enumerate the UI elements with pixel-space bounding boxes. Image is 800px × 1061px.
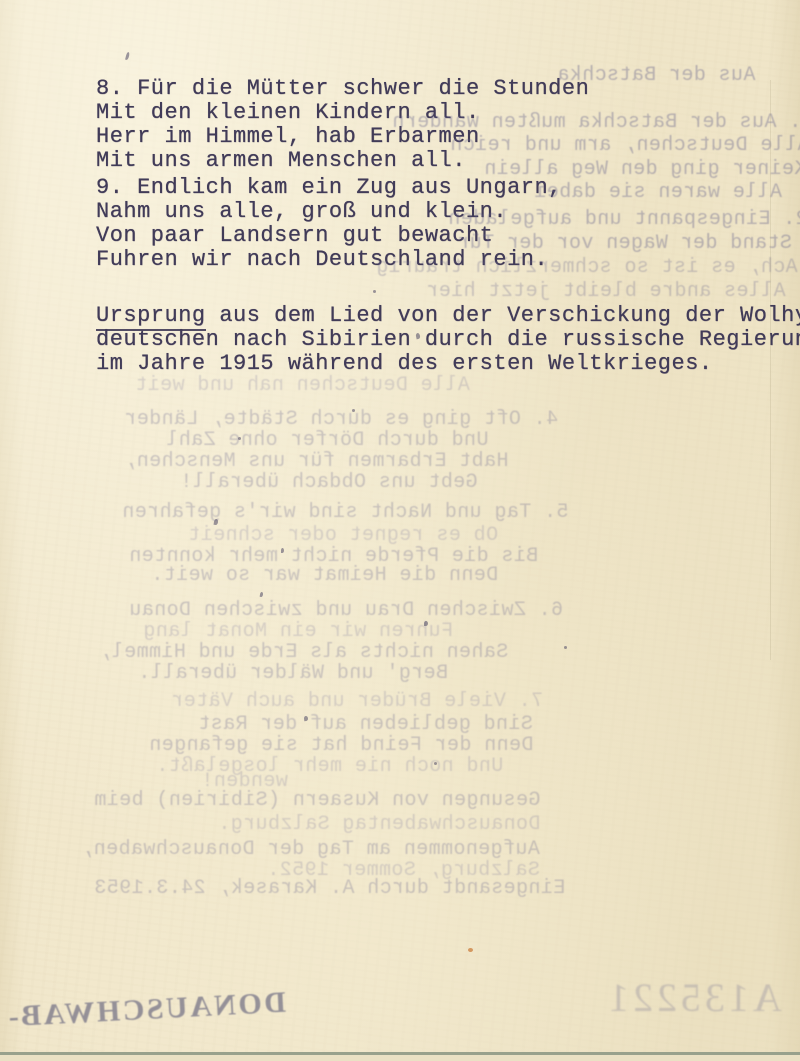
ink-speck <box>281 548 284 553</box>
bleed-line: Alle Deutschen nah und weit <box>135 374 470 397</box>
archive-number-bleed: A135221 <box>605 974 782 1021</box>
bleed-line: Gebt uns Obdach überall! <box>180 471 478 494</box>
bleed-line: Ob es regnet oder schneit <box>188 524 498 547</box>
bleed-line: 1. Aus der Batschka mußten wandern <box>392 111 800 134</box>
bleed-line: 6. Zwischen Drau und zwischen Donau <box>129 599 563 622</box>
bleed-line: 4. Oft ging es durch Städte, Länder <box>124 408 558 431</box>
origin-note-line-2: deutschen nach Sibirien durch die russis… <box>96 327 800 352</box>
ink-speck <box>564 646 567 649</box>
bleed-line: Sind geblieben auf der Rast <box>198 713 533 736</box>
bleed-line: Denn der Feind hat sie gefangen <box>149 734 533 757</box>
origin-note-line-1: Ursprung aus dem Lied von der Verschicku… <box>96 303 800 328</box>
ink-speck <box>260 592 264 597</box>
poem-line-s8-1: 8. Für die Mütter schwer die Stunden <box>96 76 589 101</box>
paper-crease <box>770 80 771 660</box>
bleed-line: Habt Erbarmen für uns Menschen, <box>124 450 508 473</box>
ink-speck <box>424 621 428 626</box>
ink-speck <box>434 762 437 765</box>
donauschwab-stamp-bleed: DONAUSCHWAB- <box>5 986 286 1035</box>
bleed-footer-line: Donauschwabentag Salzburg. <box>218 813 540 836</box>
ink-speck <box>352 409 355 412</box>
bleed-footer-line: Eingesandt durch A. Karasek, 24.3.1953 <box>94 877 565 900</box>
bleed-line: Sahen nichts als Erde und Himmel, <box>99 641 508 664</box>
bleed-line: Denn die Heimat war so weit. <box>151 564 498 587</box>
poem-line-s9-3: Von paar Landsern gut bewacht <box>96 223 493 248</box>
bleed-header: Aus der Batschka <box>557 64 755 87</box>
bleed-line: Berg' und Wälder überall. <box>138 662 448 685</box>
poem-line-s9-2: Nahm uns alle, groß und klein. <box>96 199 507 224</box>
ink-speck <box>373 290 376 293</box>
bleed-footer-line: Gesungen von Kusaern (Sibirien) beim <box>94 789 540 812</box>
bleed-line: 2. Eingespannt und aufgeladen <box>448 208 800 231</box>
ink-speck <box>125 52 130 60</box>
scanned-page: { "page": { "type": "scanned typewritten… <box>0 0 800 1061</box>
bleed-footer-line: Aufgenommen am Tag der Donauschwaben, <box>81 838 540 861</box>
bleed-line: Alles andre bleibt jetzt hier <box>426 280 786 303</box>
ink-speck <box>468 948 473 952</box>
bleed-line: 5. Tag und Nacht sind wir's gefahren <box>122 501 568 524</box>
bleed-line: Alle Deutschen, arm und reich <box>450 134 800 157</box>
bleed-line: Keiner ging den Weg allein <box>484 158 800 181</box>
bleed-line: Alle waren sie dabei <box>534 181 782 204</box>
bleed-line: Fuhren wir ein Monat lang <box>143 620 453 643</box>
poem-line-s8-4: Mit uns armen Menschen all. <box>96 148 466 173</box>
origin-line1-rest: aus dem Lied von der Verschickung der Wo… <box>206 303 800 328</box>
bleed-line: Stand der Wagen vor der Tür <box>457 232 792 255</box>
origin-note-line-3: im Jahre 1915 während des ersten Weltkri… <box>96 351 713 376</box>
scan-bottom-margin <box>0 1055 800 1061</box>
bleed-line: Ach, es ist so schmerzlich traurig <box>376 256 798 279</box>
bleed-line: Und durch Dörfer ohne Zahl <box>166 429 488 452</box>
ink-speck <box>238 437 241 440</box>
bleed-line: 7. Viele Brüder und auch Väter <box>171 690 543 713</box>
